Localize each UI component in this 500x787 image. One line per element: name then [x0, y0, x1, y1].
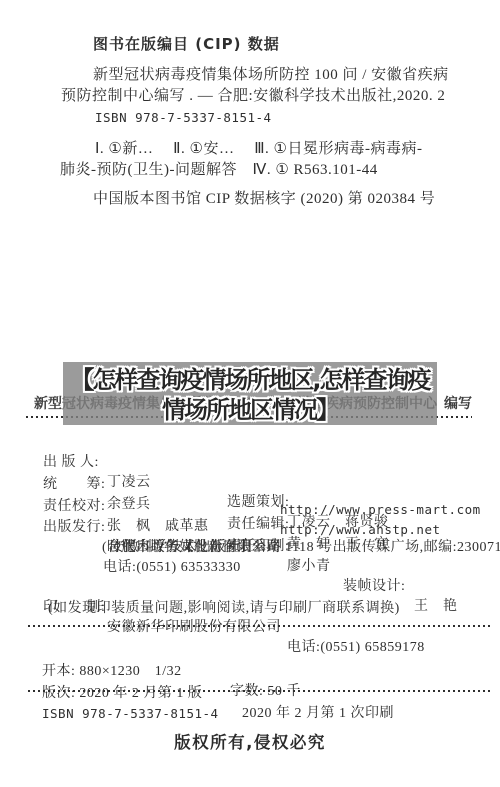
edition-info: 版次: 2020 年 2 月第 1 版 — [42, 684, 202, 704]
book-author-suffix: 编写 — [444, 393, 472, 413]
cip-isbn-line: ISBN 978-7-5337-8151-4 — [95, 108, 272, 128]
overlay-banner: 【怎样查询疫情场所地区,怎样查询疫 情场所地区情况】 — [63, 362, 437, 425]
address-note: (合肥市政务文化新区翡翠路 1118 号出版传媒广场,邮编:230071) — [102, 538, 500, 558]
copyright-notice: 版权所有,侵权必究 — [0, 729, 500, 753]
printer-name: 安徽新华印刷股份有限公司 — [107, 618, 281, 638]
cip-description-line-2: 预防控制中心编写 . — 合肥:安徽科学技术出版社,2020. 2 — [61, 86, 445, 106]
cip-description-line-1: 新型冠状病毒疫情集体场所防控 100 问 / 安徽省疾病 — [93, 65, 449, 85]
copyright-page: 图书在版编目 (CIP) 数据 新型冠状病毒疫情集体场所防控 100 问 / 安… — [0, 0, 500, 787]
printing-info: 2020 年 2 月第 1 次印刷 — [242, 704, 394, 724]
dotted-divider-2 — [28, 625, 490, 627]
overlay-caption-line-1: 【怎样查询疫情场所地区,怎样查询疫 — [63, 365, 437, 395]
classification-line-1: Ⅰ. ①新… Ⅱ. ①安… Ⅲ. ①日冕形病毒-病毒病- — [95, 139, 422, 159]
overlay-caption-line-2: 情场所地区情况】 — [63, 395, 437, 425]
quality-note: (如发现印装质量问题,影响阅读,请与印刷厂商联系调换) — [48, 599, 400, 619]
classification-line-2: 肺炎-预防(卫生)-问题解答 Ⅳ. ① R563.101-44 — [60, 160, 378, 180]
publisher-phone: 电话:(0551) 63533330 — [103, 558, 241, 578]
cip-header: 图书在版编目 (CIP) 数据 — [93, 34, 280, 54]
press-url: http://www.ahstp.net — [280, 520, 441, 540]
isbn-footer: ISBN 978-7-5337-8151-4 — [42, 704, 219, 724]
dotted-divider-3 — [28, 690, 490, 692]
cip-registry-line: 中国版本图书馆 CIP 数据核字 (2020) 第 020384 号 — [93, 189, 435, 209]
publishing-group-url: http://www.press-mart.com — [280, 500, 481, 520]
